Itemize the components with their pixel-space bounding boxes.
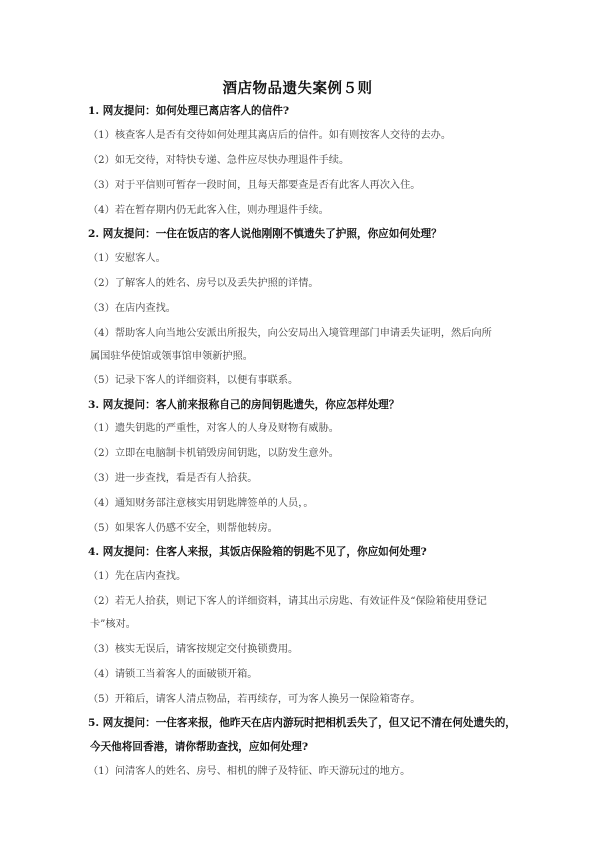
answer-line: （4）帮助客人向当地公安派出所报失，向公安局出入境管理部门申请丢失证明，然后向所	[88, 327, 492, 341]
answer-line: （5）记录下客人的详细资料，以便有事联系。	[88, 374, 298, 388]
answer-line: （2）立即在电脑制卡机销毁房间钥匙，以防发生意外。	[88, 447, 339, 461]
question-3: 3. 网友提问：客人前来报称自己的房间钥匙遗失，你应怎样处理？	[88, 398, 399, 412]
answer-line: （3）进一步查找，看是否有人拾获。	[88, 472, 257, 486]
question-4: 4. 网友提问：住客人来报，其饭店保险箱的钥匙不见了，你应如何处理?	[88, 545, 427, 559]
answer-line: （3）核实无误后，请客按规定交付换锁费用。	[88, 643, 298, 657]
answer-line: （5）如果客人仍感不安全，则帮他转房。	[88, 522, 278, 536]
answer-line: （1）先在店内查找。	[88, 570, 186, 584]
answer-line: （1）安慰客人。	[88, 252, 166, 266]
answer-line: （1）核查客人是否有交待如何处理其离店后的信件。如有则按客人交待的去办。	[88, 129, 451, 143]
answer-line: （1）问清客人的姓名、房号、相机的牌子及特征、昨天游玩过的地方。	[88, 765, 410, 779]
answer-line: （1）遗失钥匙的严重性，对客人的人身及财物有威胁。	[88, 422, 339, 436]
answer-line: （2）如无交待，对特快专递、急件应尽快办理退件手续。	[88, 154, 349, 168]
answer-line: （3）在店内查找。	[88, 302, 176, 316]
answer-line: （4）若在暂存期内仍无此客入住，则办理退件手续。	[88, 204, 329, 218]
question-5: 5. 网友提问：一住客来报，他昨天在店内游玩时把相机丢失了，但又记不清在何处遗失…	[88, 716, 516, 730]
answer-line: （4）通知财务部注意核实用钥匙牌签单的人员，。	[88, 497, 314, 511]
question-2: 2. 网友提问：一住在饭店的客人说他刚刚不慎遗失了护照，你应如何处理？	[88, 227, 442, 241]
document-title: 酒店物品遗失案例５则	[0, 77, 595, 98]
question-5-continuation: 今天他将回香港，请你帮助查找，应如何处理?	[90, 740, 308, 754]
answer-line-continuation: 属国驻华使馆或领事馆申领新护照。	[90, 350, 253, 364]
answer-line: （2）若无人拾获，则记下客人的详细资料，请其出示房匙、有效证件及“保险箱使用登记	[88, 595, 487, 609]
document-page: 酒店物品遗失案例５则 1. 网友提问：如何处理已离店客人的信件? （1）核查客人…	[0, 0, 595, 842]
answer-line-continuation: 卡”核对。	[90, 618, 136, 632]
answer-line: （5）开箱后，请客人清点物品，若再续存，可为客人换另一保险箱寄存。	[88, 693, 420, 707]
answer-line: （4）请锁工当着客人的面破锁开箱。	[88, 668, 257, 682]
question-1: 1. 网友提问：如何处理已离店客人的信件?	[88, 104, 289, 118]
answer-line: （3）对于平信则可暂存一段时间，且每天都要查是否有此客人再次入住。	[88, 179, 420, 193]
answer-line: （2）了解客人的姓名、房号以及丢失护照的详情。	[88, 277, 319, 291]
